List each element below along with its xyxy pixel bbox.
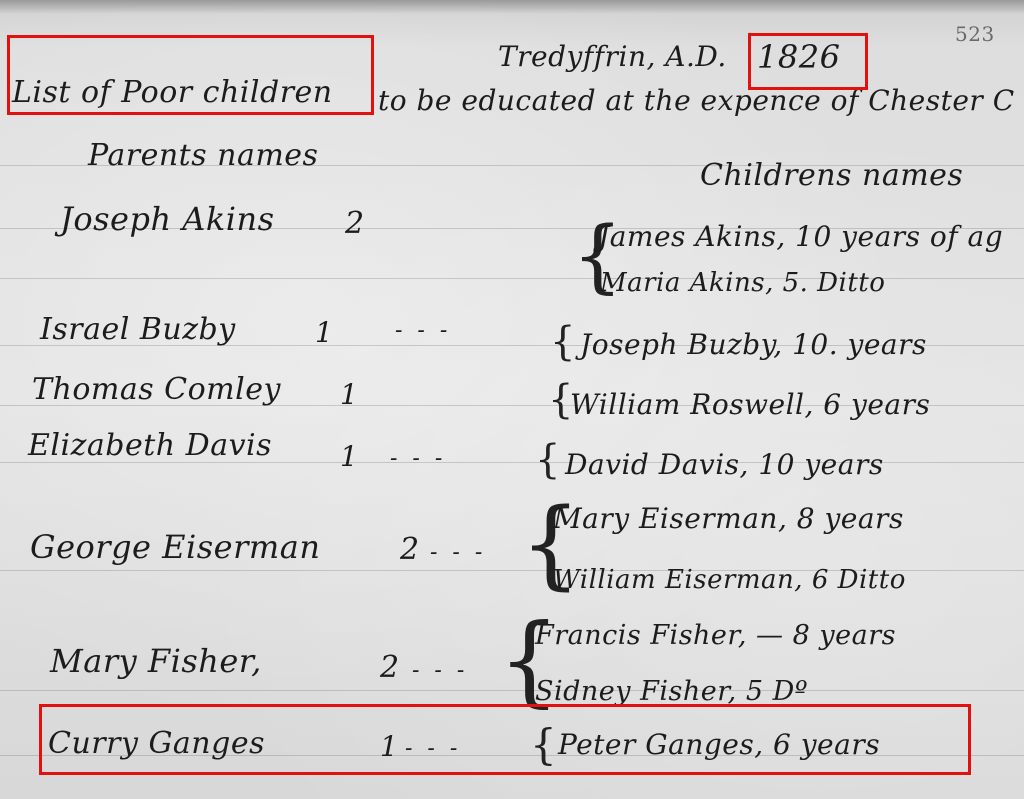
brace-icon: { [535,440,560,480]
parent-name: Mary Fisher, [50,642,262,680]
parent-name: Israel Buzby [40,312,236,347]
child-count: 1 [340,440,358,473]
dash-leader: - - - [430,540,486,565]
child-count: 2 [400,532,420,567]
child-count: 1 [315,316,333,349]
year-highlight-box [748,33,868,90]
parents-column-header: Parents names [88,138,318,173]
page-top-edge [0,0,1024,14]
child-name: James Akins, 10 years of ag [598,220,1003,253]
title-highlight-box [7,35,374,115]
children-column-header: Childrens names [700,158,963,193]
child-name: William Roswell, 6 years [570,388,930,421]
dash-leader: - - - [390,446,446,471]
title-continuation: to be educated at the expence of Chester… [378,84,1015,117]
child-name: Maria Akins, 5. Ditto [600,268,885,298]
parent-name: Thomas Comley [32,372,281,407]
dash-leader: - - - [395,318,451,343]
dash-leader: - - - [412,658,468,683]
child-count: 2 [380,650,400,685]
child-count: 1 [340,378,358,411]
child-name: Sidney Fisher, 5 Dº [535,676,808,707]
parent-name: George Eiserman [30,528,320,566]
child-name: Mary Eiserman, 8 years [553,502,904,535]
parent-name: Elizabeth Davis [28,428,272,463]
child-count: 2 [345,206,365,241]
place-date: Tredyffrin, A.D. [498,40,727,73]
document-scan: 523 Tredyffrin, A.D. 1826 List of Poor c… [0,0,1024,799]
child-name: David Davis, 10 years [565,448,884,481]
child-name: Francis Fisher, — 8 years [535,620,896,651]
brace-icon: { [550,322,575,362]
parent-name: Joseph Akins [60,200,274,238]
child-name: Joseph Buzby, 10. years [580,328,927,361]
child-name: William Eiserman, 6 Ditto [553,565,906,595]
page-number: 523 [955,22,995,46]
ganges-entry-highlight-box [39,704,971,775]
